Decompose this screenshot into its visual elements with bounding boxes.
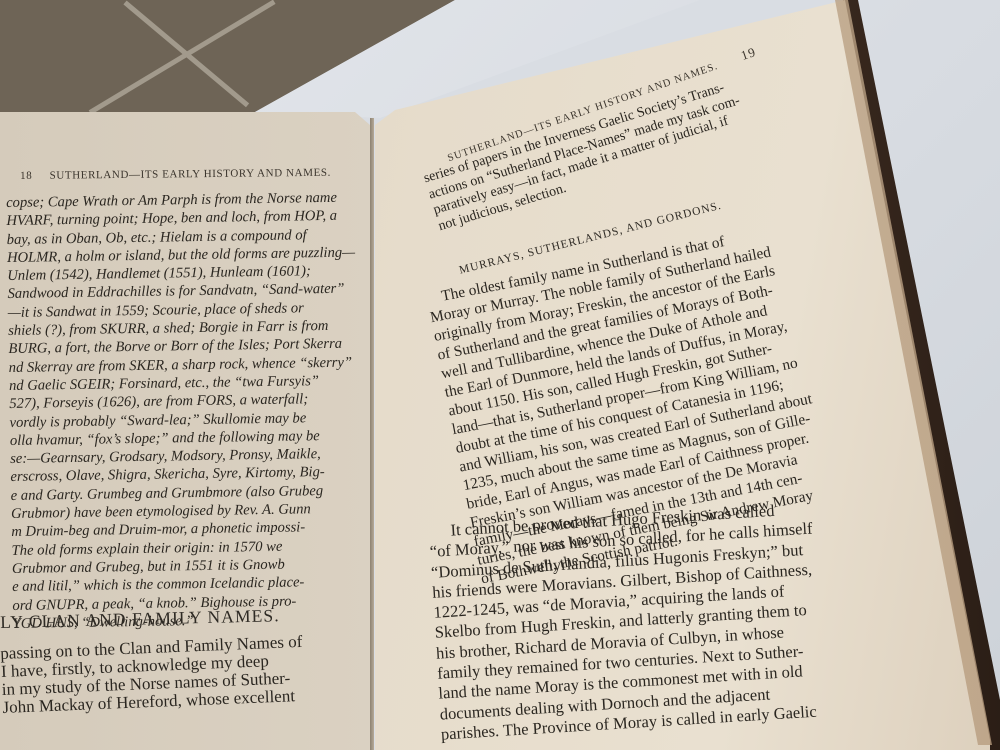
left-page-number: 18 <box>20 170 32 182</box>
left-page-body: copse; Cape Wrath or Am Parph is from th… <box>6 189 361 634</box>
left-section-body: passing on to the Clan and Family Names … <box>0 633 305 717</box>
book-gutter <box>370 118 374 750</box>
right-paragraph-2: It cannot be proved that Hugo Freskin wa… <box>428 499 824 745</box>
